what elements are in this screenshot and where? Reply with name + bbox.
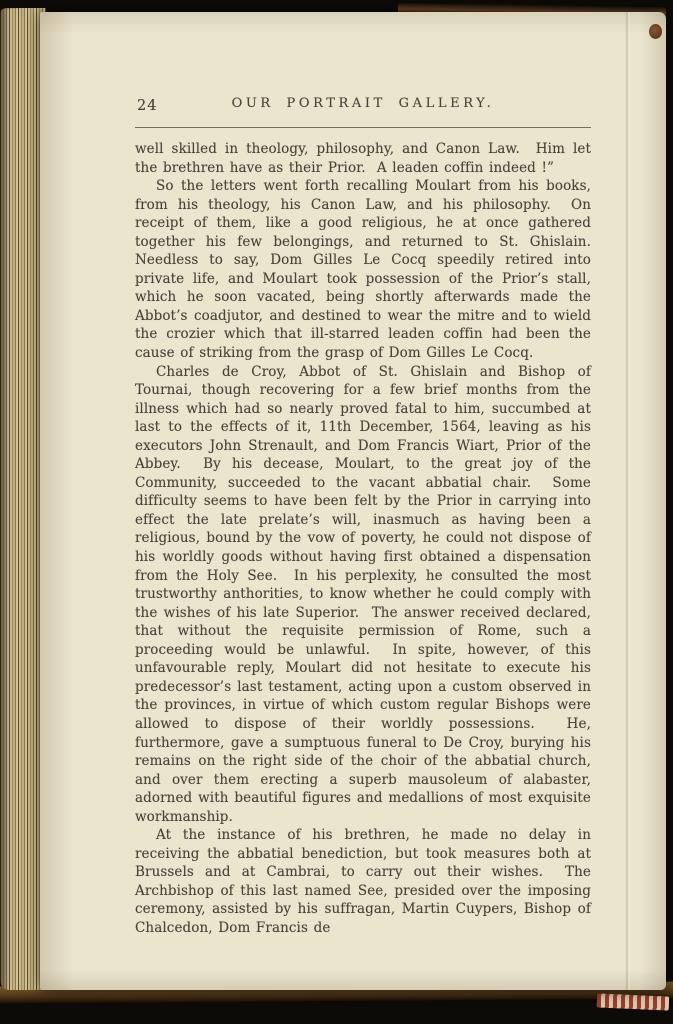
book-headband xyxy=(597,993,670,1010)
header-rule xyxy=(135,127,591,128)
body-text: well skilled in theology, philosophy, an… xyxy=(135,140,591,938)
paragraph: Charles de Croy, Abbot of St. Ghislain a… xyxy=(135,363,591,827)
running-header: 24 OUR PORTRAIT GALLERY. xyxy=(135,96,591,118)
page-number: 24 xyxy=(137,98,157,114)
paragraph: At the instance of his brethren, he made… xyxy=(135,826,591,937)
running-title: OUR PORTRAIT GALLERY. xyxy=(135,96,591,111)
paragraph: So the letters went forth recalling Moul… xyxy=(135,177,591,362)
paragraph: well skilled in theology, philosophy, an… xyxy=(135,140,591,177)
printed-page-content: 24 OUR PORTRAIT GALLERY. well skilled in… xyxy=(135,96,591,938)
book-page: 24 OUR PORTRAIT GALLERY. well skilled in… xyxy=(40,12,666,990)
cover-corner-knob xyxy=(649,24,662,39)
book-photo: 24 OUR PORTRAIT GALLERY. well skilled in… xyxy=(0,0,673,1024)
page-fore-edge-crease xyxy=(625,12,630,990)
